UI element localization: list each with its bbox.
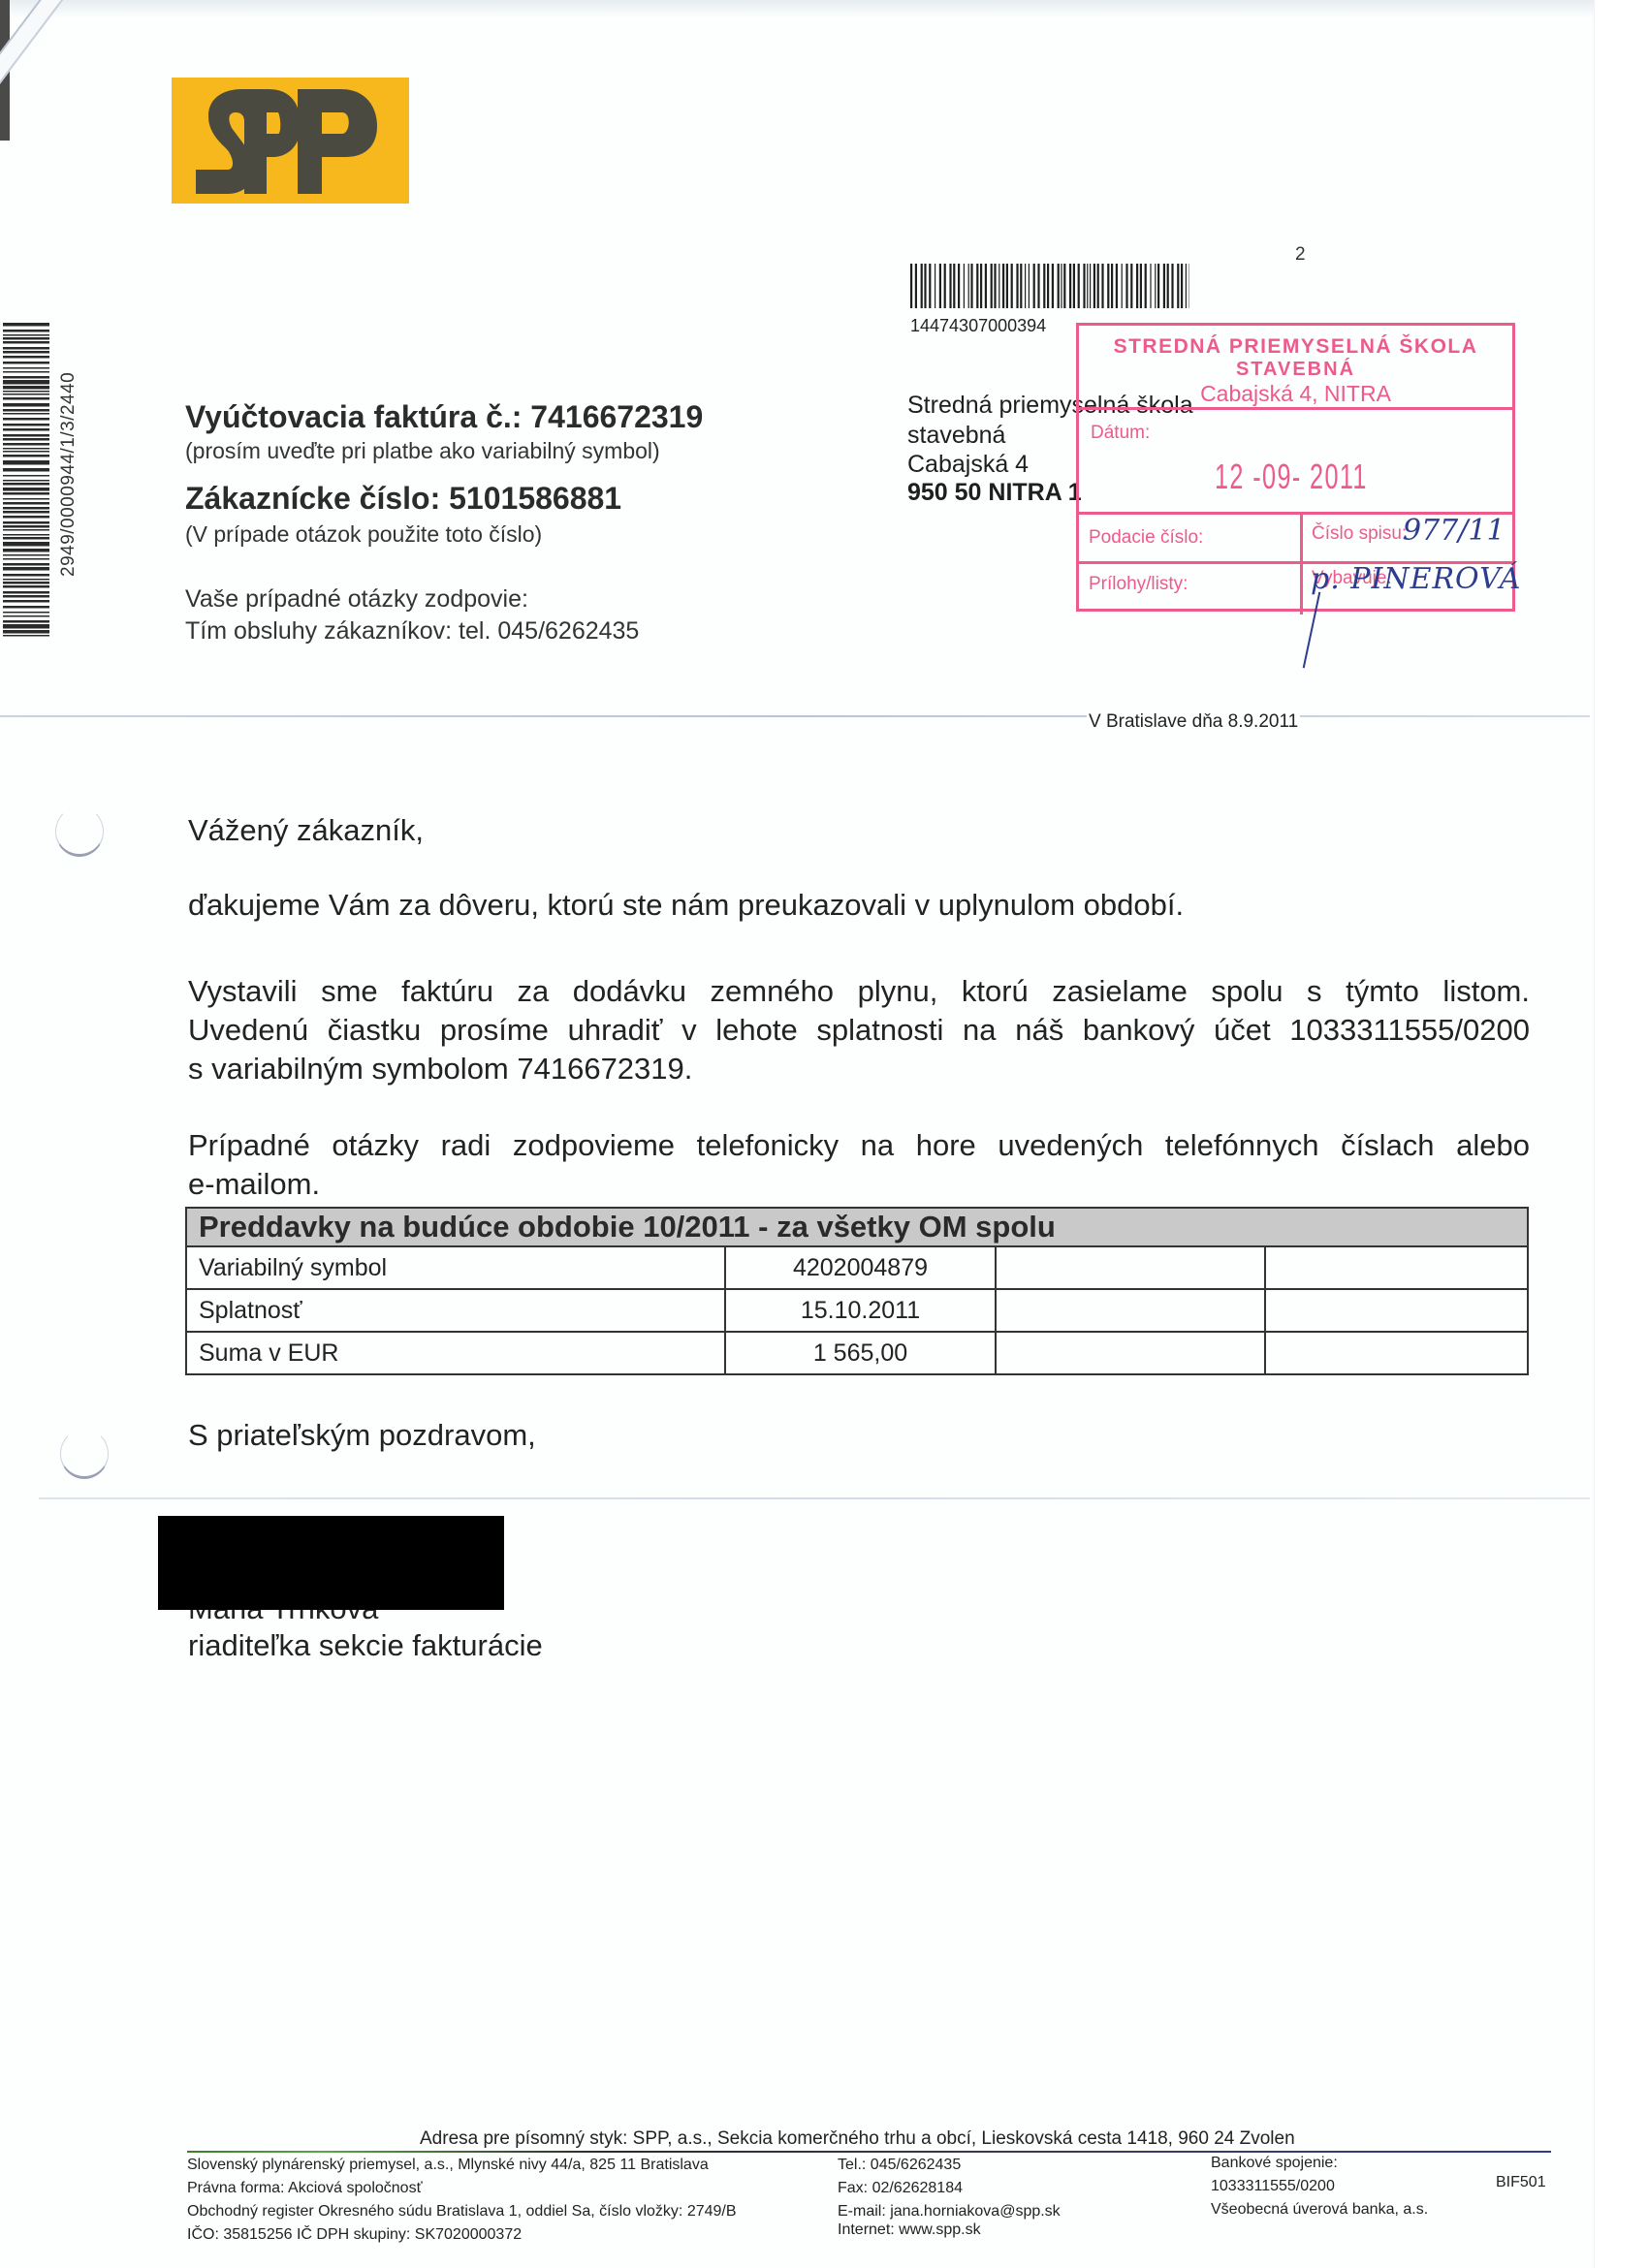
- stamp-school-type: STAVEBNÁ: [1079, 359, 1512, 381]
- customer-number: Zákaznícke číslo: 5101586881: [185, 481, 621, 517]
- questions-line-2: Tím obsluhy zákazníkov: tel. 045/6262435: [185, 617, 639, 646]
- stamp-date-label: Dátum:: [1091, 423, 1150, 444]
- stamp-school-name: STREDNÁ PRIEMYSELNÁ ŠKOLA: [1079, 335, 1512, 359]
- table-row: Splatnosť 15.10.2011: [186, 1289, 1528, 1332]
- row-label: Variabilný symbol: [186, 1246, 725, 1289]
- row-empty: [996, 1289, 1265, 1332]
- footer-register: Obchodný register Okresného súdu Bratisl…: [187, 2203, 737, 2221]
- row-empty: [996, 1332, 1265, 1374]
- page-edge: [1594, 0, 1648, 2268]
- handwritten-handler: p. PINEROVÁ: [1311, 562, 1521, 596]
- questions-line-1: Vaše prípadné otázky zodpovie:: [185, 585, 528, 614]
- footer-divider: [187, 2151, 1551, 2153]
- form-code: BIF501: [1496, 2174, 1546, 2191]
- salutation: Vážený zákazník,: [188, 813, 424, 848]
- row-label: Suma v EUR: [186, 1332, 725, 1374]
- row-empty: [1265, 1289, 1528, 1332]
- handwritten-file-number: 977/11: [1403, 514, 1505, 548]
- paragraph-line: s variabilným symbolom 7416672319.: [188, 1050, 1530, 1088]
- invoice-paragraph: Vystavili sme faktúru za dodávku zemného…: [188, 972, 1530, 1088]
- footer-legal-form: Právna forma: Akciová spoločnosť: [187, 2180, 423, 2197]
- stamp-attachments-label: Prílohy/listy:: [1089, 574, 1188, 595]
- signer-title: riaditeľka sekcie fakturácie: [188, 1628, 543, 1663]
- customer-note: (V prípade otázok použite toto číslo): [185, 521, 542, 548]
- row-value: 4202004879: [725, 1246, 996, 1289]
- paragraph-line: Uvedenú čiastku prosíme uhradiť v lehote…: [188, 1011, 1530, 1050]
- recipient-line-2: stavebná: [907, 422, 1005, 450]
- barcode-number: 14474307000394: [910, 316, 1046, 336]
- footer-bank-label: Bankové spojenie:: [1211, 2155, 1338, 2172]
- table-row: Variabilný symbol 4202004879: [186, 1246, 1528, 1289]
- margin-code: 2949/0000944/1/3/2440: [58, 372, 79, 577]
- page-number: 2: [1295, 244, 1306, 266]
- punch-hole: [60, 1429, 109, 1479]
- table-title: Preddavky na budúce obdobie 10/2011 - za…: [186, 1208, 1528, 1246]
- row-empty: [1265, 1332, 1528, 1374]
- redaction-box: [158, 1516, 504, 1610]
- correspondence-address: Adresa pre písomný styk: SPP, a.s., Sekc…: [420, 2128, 1295, 2150]
- row-value: 15.10.2011: [725, 1289, 996, 1332]
- paragraph-line: Vystavili sme faktúru za dodávku zemného…: [188, 972, 1530, 1011]
- stamp-filing-label: Podacie číslo:: [1089, 527, 1203, 549]
- paragraph-line: e-mailom.: [188, 1165, 1530, 1204]
- invoice-note: (prosím uveďte pri platbe ako variabilný…: [185, 438, 660, 464]
- stamp-address: Cabajská 4, NITRA: [1079, 381, 1512, 407]
- scan-shadow: [0, 0, 1594, 17]
- footer-website[interactable]: Internet: www.spp.sk: [838, 2221, 981, 2239]
- paragraph-line: Prípadné otázky radi zodpovieme telefoni…: [188, 1126, 1530, 1165]
- spp-logo: [172, 78, 409, 204]
- footer-ids: IČO: 35815256 IČ DPH skupiny: SK70200003…: [187, 2226, 522, 2244]
- barcode: [910, 264, 1189, 308]
- place-date: V Bratislave dňa 8.9.2011: [1087, 711, 1300, 733]
- contact-paragraph: Prípadné otázky radi zodpovieme telefoni…: [188, 1126, 1530, 1204]
- fold-line: [39, 1497, 1590, 1499]
- closing: S priateľským pozdravom,: [188, 1418, 536, 1453]
- stamp-date-value: 12 -09- 2011: [1215, 457, 1368, 497]
- table-row: Suma v EUR 1 565,00: [186, 1332, 1528, 1374]
- stamp-file-label: Číslo spisu:: [1312, 523, 1407, 545]
- fold-line: [0, 715, 1590, 717]
- row-label: Splatnosť: [186, 1289, 725, 1332]
- advance-payments-table: Preddavky na budúce obdobie 10/2011 - za…: [185, 1207, 1529, 1375]
- invoice-number: Vyúčtovacia faktúra č.: 7416672319: [185, 399, 703, 435]
- row-empty: [1265, 1246, 1528, 1289]
- recipient-line-4: 950 50 NITRA 1: [907, 479, 1082, 507]
- footer-email[interactable]: E-mail: jana.horniakova@spp.sk: [838, 2203, 1061, 2221]
- footer-fax: Fax: 02/62628184: [838, 2180, 963, 2197]
- footer-phone: Tel.: 045/6262435: [838, 2157, 961, 2174]
- recipient-line-3: Cabajská 4: [907, 451, 1029, 479]
- punch-hole: [55, 806, 104, 857]
- row-value: 1 565,00: [725, 1332, 996, 1374]
- vertical-barcode: [3, 323, 49, 638]
- footer-bank-account: 1033311555/0200: [1211, 2178, 1335, 2195]
- footer-bank-name: Všeobecná úverová banka, a.s.: [1211, 2201, 1428, 2219]
- thanks-paragraph: ďakujeme Vám za dôveru, ktorú ste nám pr…: [188, 888, 1184, 923]
- footer-company: Slovenský plynárenský priemysel, a.s., M…: [187, 2157, 709, 2174]
- row-empty: [996, 1246, 1265, 1289]
